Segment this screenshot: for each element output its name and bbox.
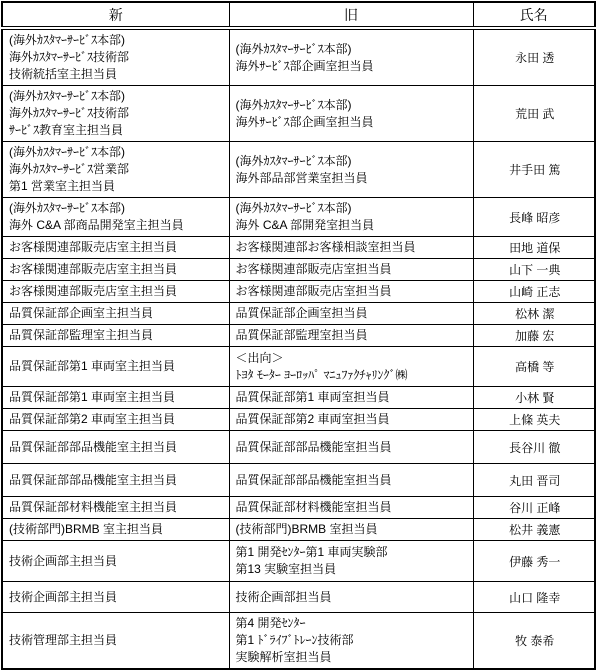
cell-person-name: 丸田 晋司 bbox=[473, 464, 595, 497]
cell-person-name: 山口 隆幸 bbox=[473, 582, 595, 613]
table-row: 品質保証部企画室主担当員品質保証部企画室担当員松林 潔 bbox=[2, 303, 595, 325]
title-line: 実験解析室担当員 bbox=[236, 649, 469, 666]
column-header-old: 旧 bbox=[229, 2, 473, 28]
table-row: 技術管理部主担当員第4 開発ｾﾝﾀｰ第1 ﾄﾞﾗｲﾌﾞﾄﾚｰﾝ技術部実験解析室担… bbox=[2, 613, 595, 670]
title-line: 海外 C&A 部商品開発室主担当員 bbox=[9, 217, 225, 234]
table-row: (海外ｶｽﾀﾏｰｻｰﾋﾞｽ本部)海外ｶｽﾀﾏｰｻｰﾋﾞｽ技術部技術統括室主担当員… bbox=[2, 28, 595, 86]
title-line: 品質保証部企画室担当員 bbox=[236, 305, 469, 322]
cell-new-position: (海外ｶｽﾀﾏｰｻｰﾋﾞｽ本部)海外ｶｽﾀﾏｰｻｰﾋﾞｽ営業部第1 営業室主担当… bbox=[2, 142, 229, 198]
header-row: 新 旧 氏名 bbox=[2, 2, 595, 28]
cell-person-name: 田地 道保 bbox=[473, 237, 595, 259]
title-line: 品質保証部企画室主担当員 bbox=[9, 305, 225, 322]
cell-old-position: 技術企画部担当員 bbox=[229, 582, 473, 613]
cell-old-position: 第4 開発ｾﾝﾀｰ第1 ﾄﾞﾗｲﾌﾞﾄﾚｰﾝ技術部実験解析室担当員 bbox=[229, 613, 473, 670]
table-row: 品質保証部第2 車両室主担当員品質保証部第2 車両室担当員上條 英夫 bbox=[2, 409, 595, 431]
cell-person-name: 永田 透 bbox=[473, 28, 595, 86]
cell-old-position: (海外ｶｽﾀﾏｰｻｰﾋﾞｽ本部)海外ｻｰﾋﾞｽ部企画室担当員 bbox=[229, 28, 473, 86]
column-header-name: 氏名 bbox=[473, 2, 595, 28]
table-row: 技術企画部主担当員第1 開発ｾﾝﾀｰ第1 車両実験部第13 実験室担当員伊藤 秀… bbox=[2, 541, 595, 582]
cell-person-name: 加藤 宏 bbox=[473, 325, 595, 347]
cell-old-position: (技術部門)BRMB 室担当員 bbox=[229, 519, 473, 541]
title-line: 海外ｶｽﾀﾏｰｻｰﾋﾞｽ技術部 bbox=[9, 105, 225, 122]
cell-old-position: ＜出向＞ﾄﾖﾀ ﾓｰﾀｰ ﾖｰﾛｯﾊﾟ ﾏﾆｭﾌｧｸﾁｬﾘﾝｸﾞ㈱ bbox=[229, 347, 473, 387]
cell-person-name: 井手田 篤 bbox=[473, 142, 595, 198]
cell-new-position: お客様関連部販売店室主担当員 bbox=[2, 281, 229, 303]
cell-new-position: 品質保証部第1 車両室主担当員 bbox=[2, 387, 229, 409]
title-line: 品質保証部第2 車両室主担当員 bbox=[9, 411, 225, 428]
cell-person-name: 牧 泰希 bbox=[473, 613, 595, 670]
title-line: 品質保証部部品機能室主担当員 bbox=[9, 439, 225, 456]
title-line: 品質保証部監理室主担当員 bbox=[9, 327, 225, 344]
title-line: 品質保証部材料機能室担当員 bbox=[236, 499, 469, 516]
cell-new-position: 技術企画部主担当員 bbox=[2, 541, 229, 582]
cell-new-position: お客様関連部販売店室主担当員 bbox=[2, 259, 229, 281]
cell-new-position: (海外ｶｽﾀﾏｰｻｰﾋﾞｽ本部)海外ｶｽﾀﾏｰｻｰﾋﾞｽ技術部ｻｰﾋﾞｽ教育室主… bbox=[2, 86, 229, 142]
cell-new-position: (海外ｶｽﾀﾏｰｻｰﾋﾞｽ本部)海外ｶｽﾀﾏｰｻｰﾋﾞｽ技術部技術統括室主担当員 bbox=[2, 28, 229, 86]
title-line: 品質保証部部品機能室主担当員 bbox=[9, 472, 225, 489]
title-line: (技術部門)BRMB 室担当員 bbox=[236, 521, 469, 538]
cell-old-position: 品質保証部部品機能室担当員 bbox=[229, 464, 473, 497]
cell-old-position: 品質保証部部品機能室担当員 bbox=[229, 431, 473, 464]
title-line: 海外ｶｽﾀﾏｰｻｰﾋﾞｽ営業部 bbox=[9, 161, 225, 178]
title-line: (海外ｶｽﾀﾏｰｻｰﾋﾞｽ本部) bbox=[236, 153, 469, 170]
title-line: 技術統括室主担当員 bbox=[9, 66, 225, 83]
title-line: ｻｰﾋﾞｽ教育室主担当員 bbox=[9, 122, 225, 139]
title-line: 第1 開発ｾﾝﾀｰ第1 車両実験部 bbox=[236, 544, 469, 561]
cell-new-position: 技術企画部主担当員 bbox=[2, 582, 229, 613]
title-line: (海外ｶｽﾀﾏｰｻｰﾋﾞｽ本部) bbox=[9, 144, 225, 161]
title-line: (海外ｶｽﾀﾏｰｻｰﾋﾞｽ本部) bbox=[236, 97, 469, 114]
table-row: 品質保証部部品機能室主担当員品質保証部部品機能室担当員丸田 晋司 bbox=[2, 464, 595, 497]
cell-old-position: (海外ｶｽﾀﾏｰｻｰﾋﾞｽ本部)海外部品部営業室担当員 bbox=[229, 142, 473, 198]
cell-new-position: 品質保証部監理室主担当員 bbox=[2, 325, 229, 347]
title-line: 品質保証部第2 車両室担当員 bbox=[236, 411, 469, 428]
title-line: 品質保証部監理室担当員 bbox=[236, 327, 469, 344]
cell-new-position: 品質保証部部品機能室主担当員 bbox=[2, 431, 229, 464]
cell-new-position: 品質保証部部品機能室主担当員 bbox=[2, 464, 229, 497]
title-line: (海外ｶｽﾀﾏｰｻｰﾋﾞｽ本部) bbox=[9, 88, 225, 105]
table-row: 品質保証部監理室主担当員品質保証部監理室担当員加藤 宏 bbox=[2, 325, 595, 347]
title-line: お客様関連部お客様相談室担当員 bbox=[236, 239, 469, 256]
title-line: (海外ｶｽﾀﾏｰｻｰﾋﾞｽ本部) bbox=[9, 32, 225, 49]
title-line: 技術企画部主担当員 bbox=[9, 553, 225, 570]
cell-person-name: 荒田 武 bbox=[473, 86, 595, 142]
table-row: 品質保証部第1 車両室主担当員品質保証部第1 車両室担当員小林 賢 bbox=[2, 387, 595, 409]
title-line: お客様関連部販売店室主担当員 bbox=[9, 239, 225, 256]
title-line: 第1 営業室主担当員 bbox=[9, 178, 225, 195]
title-line: お客様関連部販売店室担当員 bbox=[236, 283, 469, 300]
title-line: ﾄﾖﾀ ﾓｰﾀｰ ﾖｰﾛｯﾊﾟ ﾏﾆｭﾌｧｸﾁｬﾘﾝｸﾞ㈱ bbox=[236, 367, 469, 384]
cell-new-position: 品質保証部第2 車両室主担当員 bbox=[2, 409, 229, 431]
cell-person-name: 高橋 等 bbox=[473, 347, 595, 387]
title-line: 海外ｶｽﾀﾏｰｻｰﾋﾞｽ技術部 bbox=[9, 49, 225, 66]
cell-old-position: 品質保証部企画室担当員 bbox=[229, 303, 473, 325]
table-row: 品質保証部材料機能室主担当員品質保証部材料機能室担当員谷川 正峰 bbox=[2, 497, 595, 519]
table-row: (海外ｶｽﾀﾏｰｻｰﾋﾞｽ本部)海外ｶｽﾀﾏｰｻｰﾋﾞｽ技術部ｻｰﾋﾞｽ教育室主… bbox=[2, 86, 595, 142]
title-line: 技術企画部主担当員 bbox=[9, 589, 225, 606]
table-row: お客様関連部販売店室主担当員お客様関連部お客様相談室担当員田地 道保 bbox=[2, 237, 595, 259]
title-line: 技術管理部主担当員 bbox=[9, 632, 225, 649]
cell-old-position: 品質保証部第1 車両室担当員 bbox=[229, 387, 473, 409]
title-line: 海外 C&A 部開発室担当員 bbox=[236, 217, 469, 234]
table-row: 品質保証部第1 車両室主担当員＜出向＞ﾄﾖﾀ ﾓｰﾀｰ ﾖｰﾛｯﾊﾟ ﾏﾆｭﾌｧ… bbox=[2, 347, 595, 387]
title-line: 品質保証部部品機能室担当員 bbox=[236, 472, 469, 489]
title-line: (海外ｶｽﾀﾏｰｻｰﾋﾞｽ本部) bbox=[9, 200, 225, 217]
title-line: お客様関連部販売店室主担当員 bbox=[9, 283, 225, 300]
title-line: 技術企画部担当員 bbox=[236, 589, 469, 606]
title-line: 品質保証部第1 車両室主担当員 bbox=[9, 358, 225, 375]
cell-old-position: お客様関連部販売店室担当員 bbox=[229, 281, 473, 303]
cell-person-name: 伊藤 秀一 bbox=[473, 541, 595, 582]
title-line: 海外ｻｰﾋﾞｽ部企画室担当員 bbox=[236, 58, 469, 75]
cell-old-position: (海外ｶｽﾀﾏｰｻｰﾋﾞｽ本部)海外ｻｰﾋﾞｽ部企画室担当員 bbox=[229, 86, 473, 142]
cell-person-name: 谷川 正峰 bbox=[473, 497, 595, 519]
table-row: お客様関連部販売店室主担当員お客様関連部販売店室担当員山下 一典 bbox=[2, 259, 595, 281]
title-line: 品質保証部第1 車両室担当員 bbox=[236, 389, 469, 406]
column-header-new: 新 bbox=[2, 2, 229, 28]
table-row: 技術企画部主担当員技術企画部担当員山口 隆幸 bbox=[2, 582, 595, 613]
title-line: 第4 開発ｾﾝﾀｰ bbox=[236, 615, 469, 632]
document-page: 新 旧 氏名 (海外ｶｽﾀﾏｰｻｰﾋﾞｽ本部)海外ｶｽﾀﾏｰｻｰﾋﾞｽ技術部技術… bbox=[0, 0, 596, 664]
cell-person-name: 長谷川 徹 bbox=[473, 431, 595, 464]
cell-old-position: 品質保証部第2 車両室担当員 bbox=[229, 409, 473, 431]
table-header: 新 旧 氏名 bbox=[2, 2, 595, 28]
cell-new-position: (海外ｶｽﾀﾏｰｻｰﾋﾞｽ本部)海外 C&A 部商品開発室主担当員 bbox=[2, 198, 229, 237]
cell-old-position: お客様関連部販売店室担当員 bbox=[229, 259, 473, 281]
table-body: (海外ｶｽﾀﾏｰｻｰﾋﾞｽ本部)海外ｶｽﾀﾏｰｻｰﾋﾞｽ技術部技術統括室主担当員… bbox=[2, 28, 595, 669]
table-row: 品質保証部部品機能室主担当員品質保証部部品機能室担当員長谷川 徹 bbox=[2, 431, 595, 464]
cell-person-name: 山崎 正志 bbox=[473, 281, 595, 303]
cell-new-position: 品質保証部材料機能室主担当員 bbox=[2, 497, 229, 519]
cell-old-position: 品質保証部材料機能室担当員 bbox=[229, 497, 473, 519]
cell-old-position: 品質保証部監理室担当員 bbox=[229, 325, 473, 347]
title-line: お客様関連部販売店室担当員 bbox=[236, 261, 469, 278]
cell-old-position: 第1 開発ｾﾝﾀｰ第1 車両実験部第13 実験室担当員 bbox=[229, 541, 473, 582]
title-line: お客様関連部販売店室主担当員 bbox=[9, 261, 225, 278]
title-line: 海外部品部営業室担当員 bbox=[236, 170, 469, 187]
cell-new-position: 品質保証部企画室主担当員 bbox=[2, 303, 229, 325]
cell-new-position: (技術部門)BRMB 室主担当員 bbox=[2, 519, 229, 541]
cell-person-name: 松井 義憲 bbox=[473, 519, 595, 541]
cell-old-position: (海外ｶｽﾀﾏｰｻｰﾋﾞｽ本部)海外 C&A 部開発室担当員 bbox=[229, 198, 473, 237]
title-line: 第1 ﾄﾞﾗｲﾌﾞﾄﾚｰﾝ技術部 bbox=[236, 632, 469, 649]
cell-person-name: 長峰 昭彦 bbox=[473, 198, 595, 237]
table-row: (技術部門)BRMB 室主担当員(技術部門)BRMB 室担当員松井 義憲 bbox=[2, 519, 595, 541]
title-line: 品質保証部材料機能室主担当員 bbox=[9, 499, 225, 516]
table-row: (海外ｶｽﾀﾏｰｻｰﾋﾞｽ本部)海外 C&A 部商品開発室主担当員(海外ｶｽﾀﾏ… bbox=[2, 198, 595, 237]
cell-old-position: お客様関連部お客様相談室担当員 bbox=[229, 237, 473, 259]
table-row: (海外ｶｽﾀﾏｰｻｰﾋﾞｽ本部)海外ｶｽﾀﾏｰｻｰﾋﾞｽ営業部第1 営業室主担当… bbox=[2, 142, 595, 198]
title-line: (海外ｶｽﾀﾏｰｻｰﾋﾞｽ本部) bbox=[236, 200, 469, 217]
table-row: お客様関連部販売店室主担当員お客様関連部販売店室担当員山崎 正志 bbox=[2, 281, 595, 303]
title-line: 海外ｻｰﾋﾞｽ部企画室担当員 bbox=[236, 114, 469, 131]
cell-new-position: 技術管理部主担当員 bbox=[2, 613, 229, 670]
cell-person-name: 松林 潔 bbox=[473, 303, 595, 325]
title-line: ＜出向＞ bbox=[236, 350, 469, 367]
cell-person-name: 山下 一典 bbox=[473, 259, 595, 281]
title-line: 第13 実験室担当員 bbox=[236, 561, 469, 578]
cell-person-name: 小林 賢 bbox=[473, 387, 595, 409]
personnel-transfer-table: 新 旧 氏名 (海外ｶｽﾀﾏｰｻｰﾋﾞｽ本部)海外ｶｽﾀﾏｰｻｰﾋﾞｽ技術部技術… bbox=[1, 1, 596, 670]
cell-person-name: 上條 英夫 bbox=[473, 409, 595, 431]
title-line: (技術部門)BRMB 室主担当員 bbox=[9, 521, 225, 538]
cell-new-position: 品質保証部第1 車両室主担当員 bbox=[2, 347, 229, 387]
cell-new-position: お客様関連部販売店室主担当員 bbox=[2, 237, 229, 259]
title-line: 品質保証部部品機能室担当員 bbox=[236, 439, 469, 456]
title-line: (海外ｶｽﾀﾏｰｻｰﾋﾞｽ本部) bbox=[236, 41, 469, 58]
title-line: 品質保証部第1 車両室主担当員 bbox=[9, 389, 225, 406]
